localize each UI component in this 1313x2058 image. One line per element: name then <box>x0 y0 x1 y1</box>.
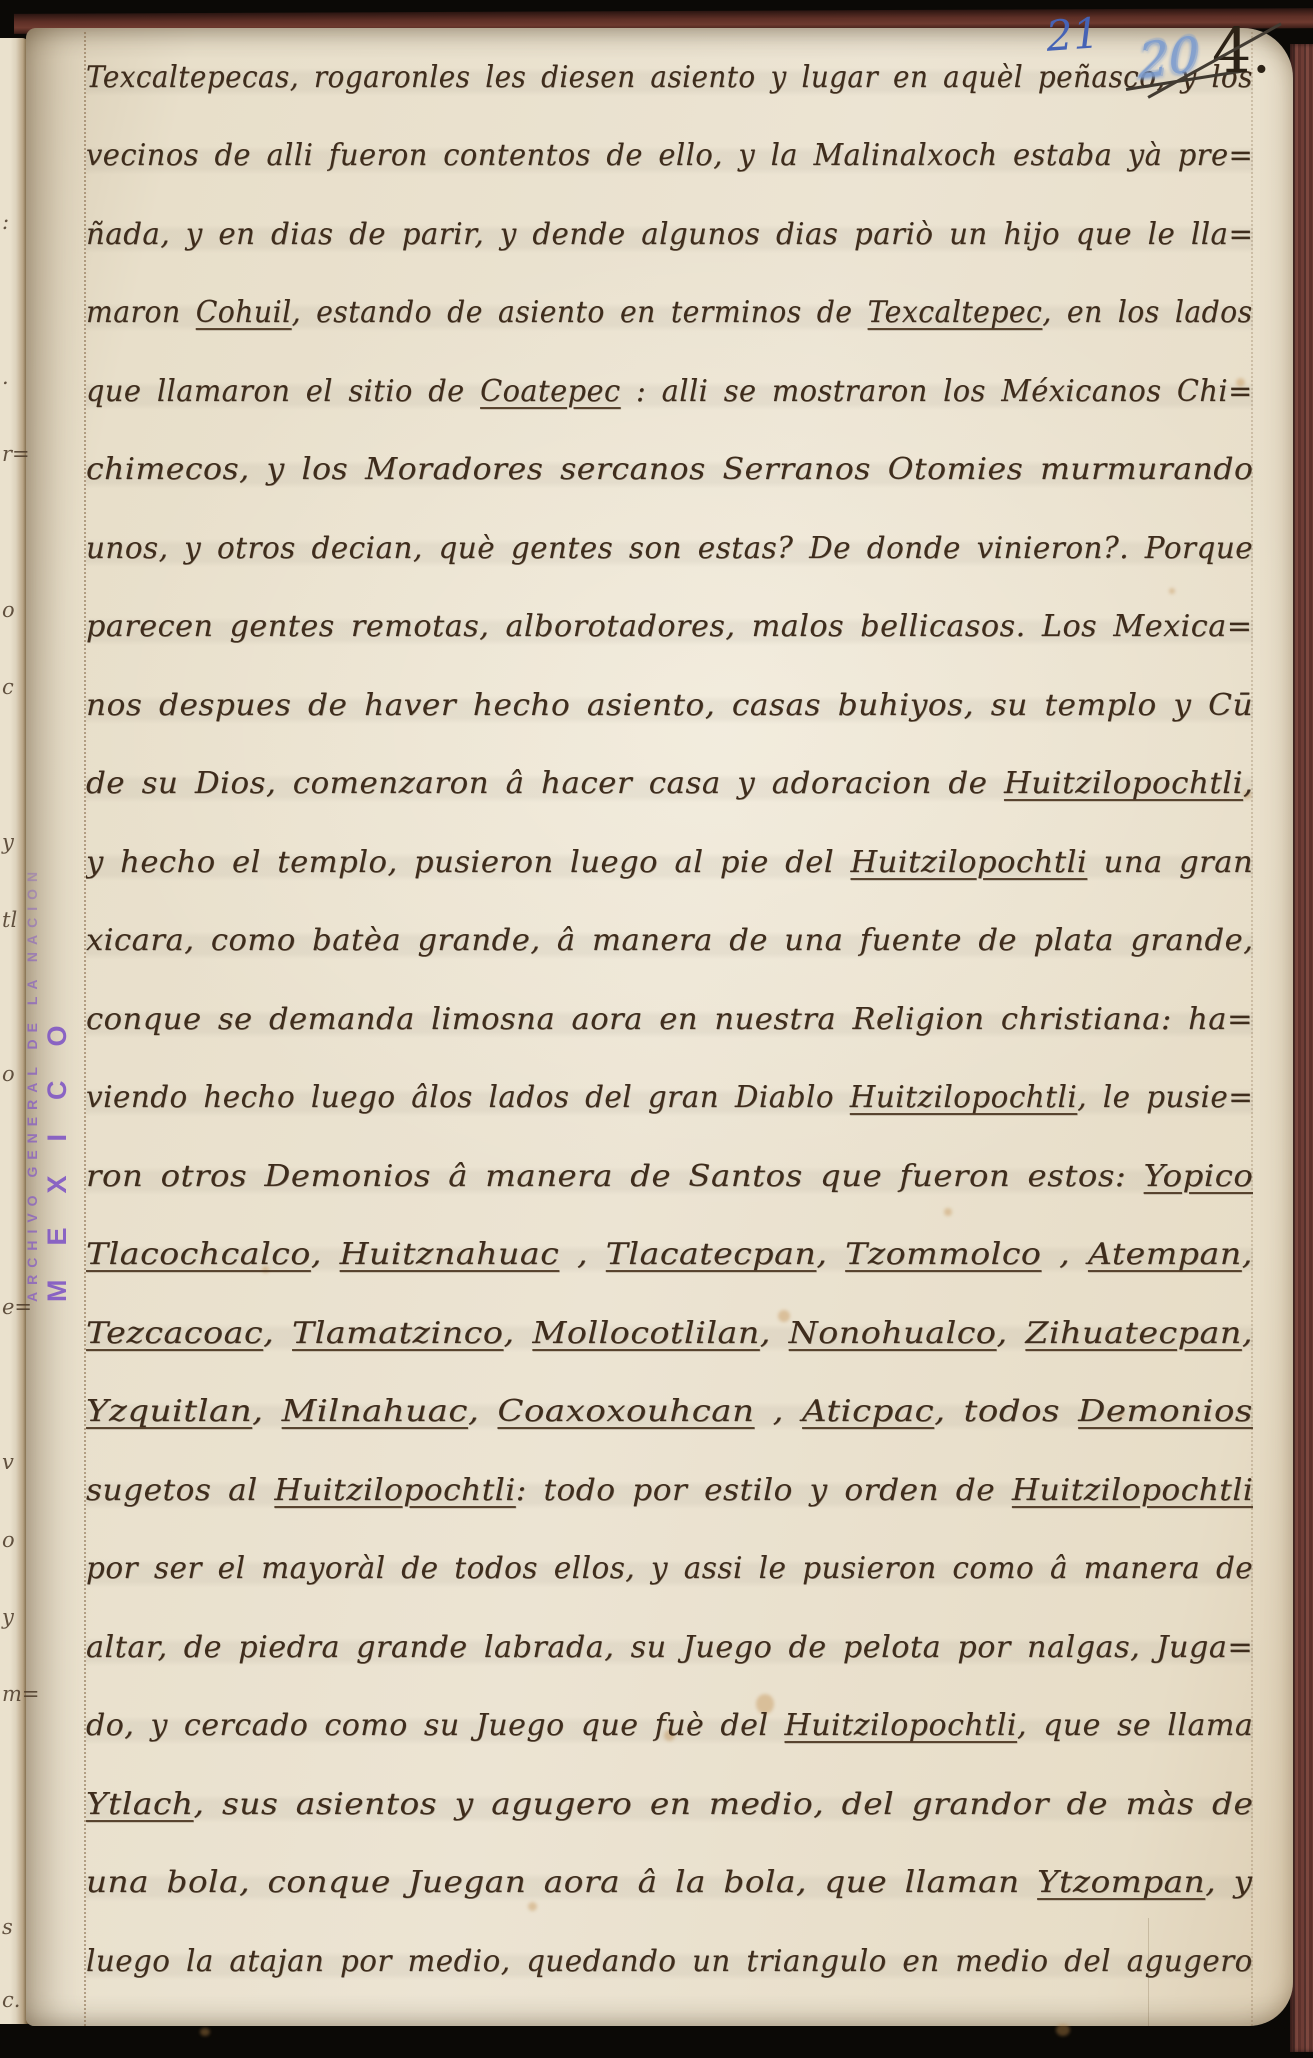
stamp-archive-name: ARCHIVO GENERAL DE LA NACION <box>24 800 40 1302</box>
photo-background: Texcaltepecas, rogaronles les diesen asi… <box>0 0 1313 2058</box>
manuscript-line: Ytlach, sus asientos y agugero en medio,… <box>86 1755 1253 1834</box>
manuscript-line: maron Cohuil, estando de asiento en term… <box>86 264 1253 343</box>
manuscript-line: Yzquitlan, Milnahuac, Coaxoxouhcan , Ati… <box>86 1363 1253 1442</box>
foxing-spot <box>200 2028 210 2036</box>
margin-fragment: r= <box>2 442 30 466</box>
margin-fragment: o <box>2 1528 15 1552</box>
margin-fragment: o <box>2 1062 15 1086</box>
margin-fragment: . <box>2 365 9 389</box>
manuscript-line: ñada, y en dias de parir, y dende alguno… <box>86 185 1253 264</box>
margin-fragment: tl <box>2 908 17 932</box>
page-number: 4. <box>1212 14 1271 87</box>
margin-fragment: v <box>2 1450 14 1474</box>
manuscript-line: que llamaron el sitio de Coatepec : alli… <box>86 342 1253 421</box>
manuscript-line: xicara, como batèa grande, â manera de u… <box>86 892 1253 971</box>
folio-number-blue: 21 <box>1044 8 1101 61</box>
manuscript-line: por ser el mayoràl de todos ellos, y ass… <box>86 1520 1253 1599</box>
manuscript-line: Tlacochcalco, Huitznahuac , Tlacatecpan,… <box>86 1206 1253 1285</box>
margin-fragment: y <box>2 830 14 854</box>
manuscript-line: do, y cercado como su Juego que fuè del … <box>86 1677 1253 1756</box>
stamp-mexico: MEXICO <box>42 800 73 1302</box>
manuscript-line: chimecos, y los Moradores sercanos Serra… <box>86 421 1253 500</box>
manuscript-line: vecinos de alli fueron contentos de ello… <box>86 107 1253 186</box>
margin-fragment: : <box>2 210 9 234</box>
margin-fragment: c. <box>2 1988 20 2012</box>
margin-fragment: s <box>2 1915 13 1939</box>
book-fore-edge <box>1290 44 1313 2052</box>
manuscript-line: parecen gentes remotas, alborotadores, m… <box>86 578 1253 657</box>
manuscript-line: altar, de piedra grande labrada, su Jueg… <box>86 1598 1253 1677</box>
margin-fragment: o <box>2 598 15 622</box>
manuscript-line: sugetos al Huitzilopochtli: todo por est… <box>86 1441 1253 1520</box>
margin-fragment: c <box>2 675 14 699</box>
manuscript-line: de su Dios, comenzaron â hacer casa y ad… <box>86 735 1253 814</box>
margin-fragment: y <box>2 1605 14 1629</box>
manuscript-line: viendo hecho luego âlos lados del gran D… <box>86 1049 1253 1128</box>
manuscript-line: ron otros Demonios â manera de Santos qu… <box>86 1127 1253 1206</box>
manuscript-line: nos despues de haver hecho asiento, casa… <box>86 656 1253 735</box>
manuscript-line: conque se demanda limosna aora en nuestr… <box>86 970 1253 1049</box>
manuscript-line: unos, y otros decian, què gentes son est… <box>86 499 1253 578</box>
manuscript-text: Texcaltepecas, rogaronles les diesen asi… <box>86 28 1253 2026</box>
manuscript-line: luego la atajan por medio, quedando un t… <box>86 1912 1253 1991</box>
manuscript-line: y hecho el templo, pusieron luego al pie… <box>86 813 1253 892</box>
manuscript-line: una bola, conque Juegan aora â la bola, … <box>86 1834 1253 1913</box>
archive-stamp: ARCHIVO GENERAL DE LA NACION MEXICO <box>24 800 73 1302</box>
margin-fragment: m= <box>2 1682 40 1706</box>
manuscript-line: Tezcacoac, Tlamatzinco, Mollocotlilan, N… <box>86 1284 1253 1363</box>
